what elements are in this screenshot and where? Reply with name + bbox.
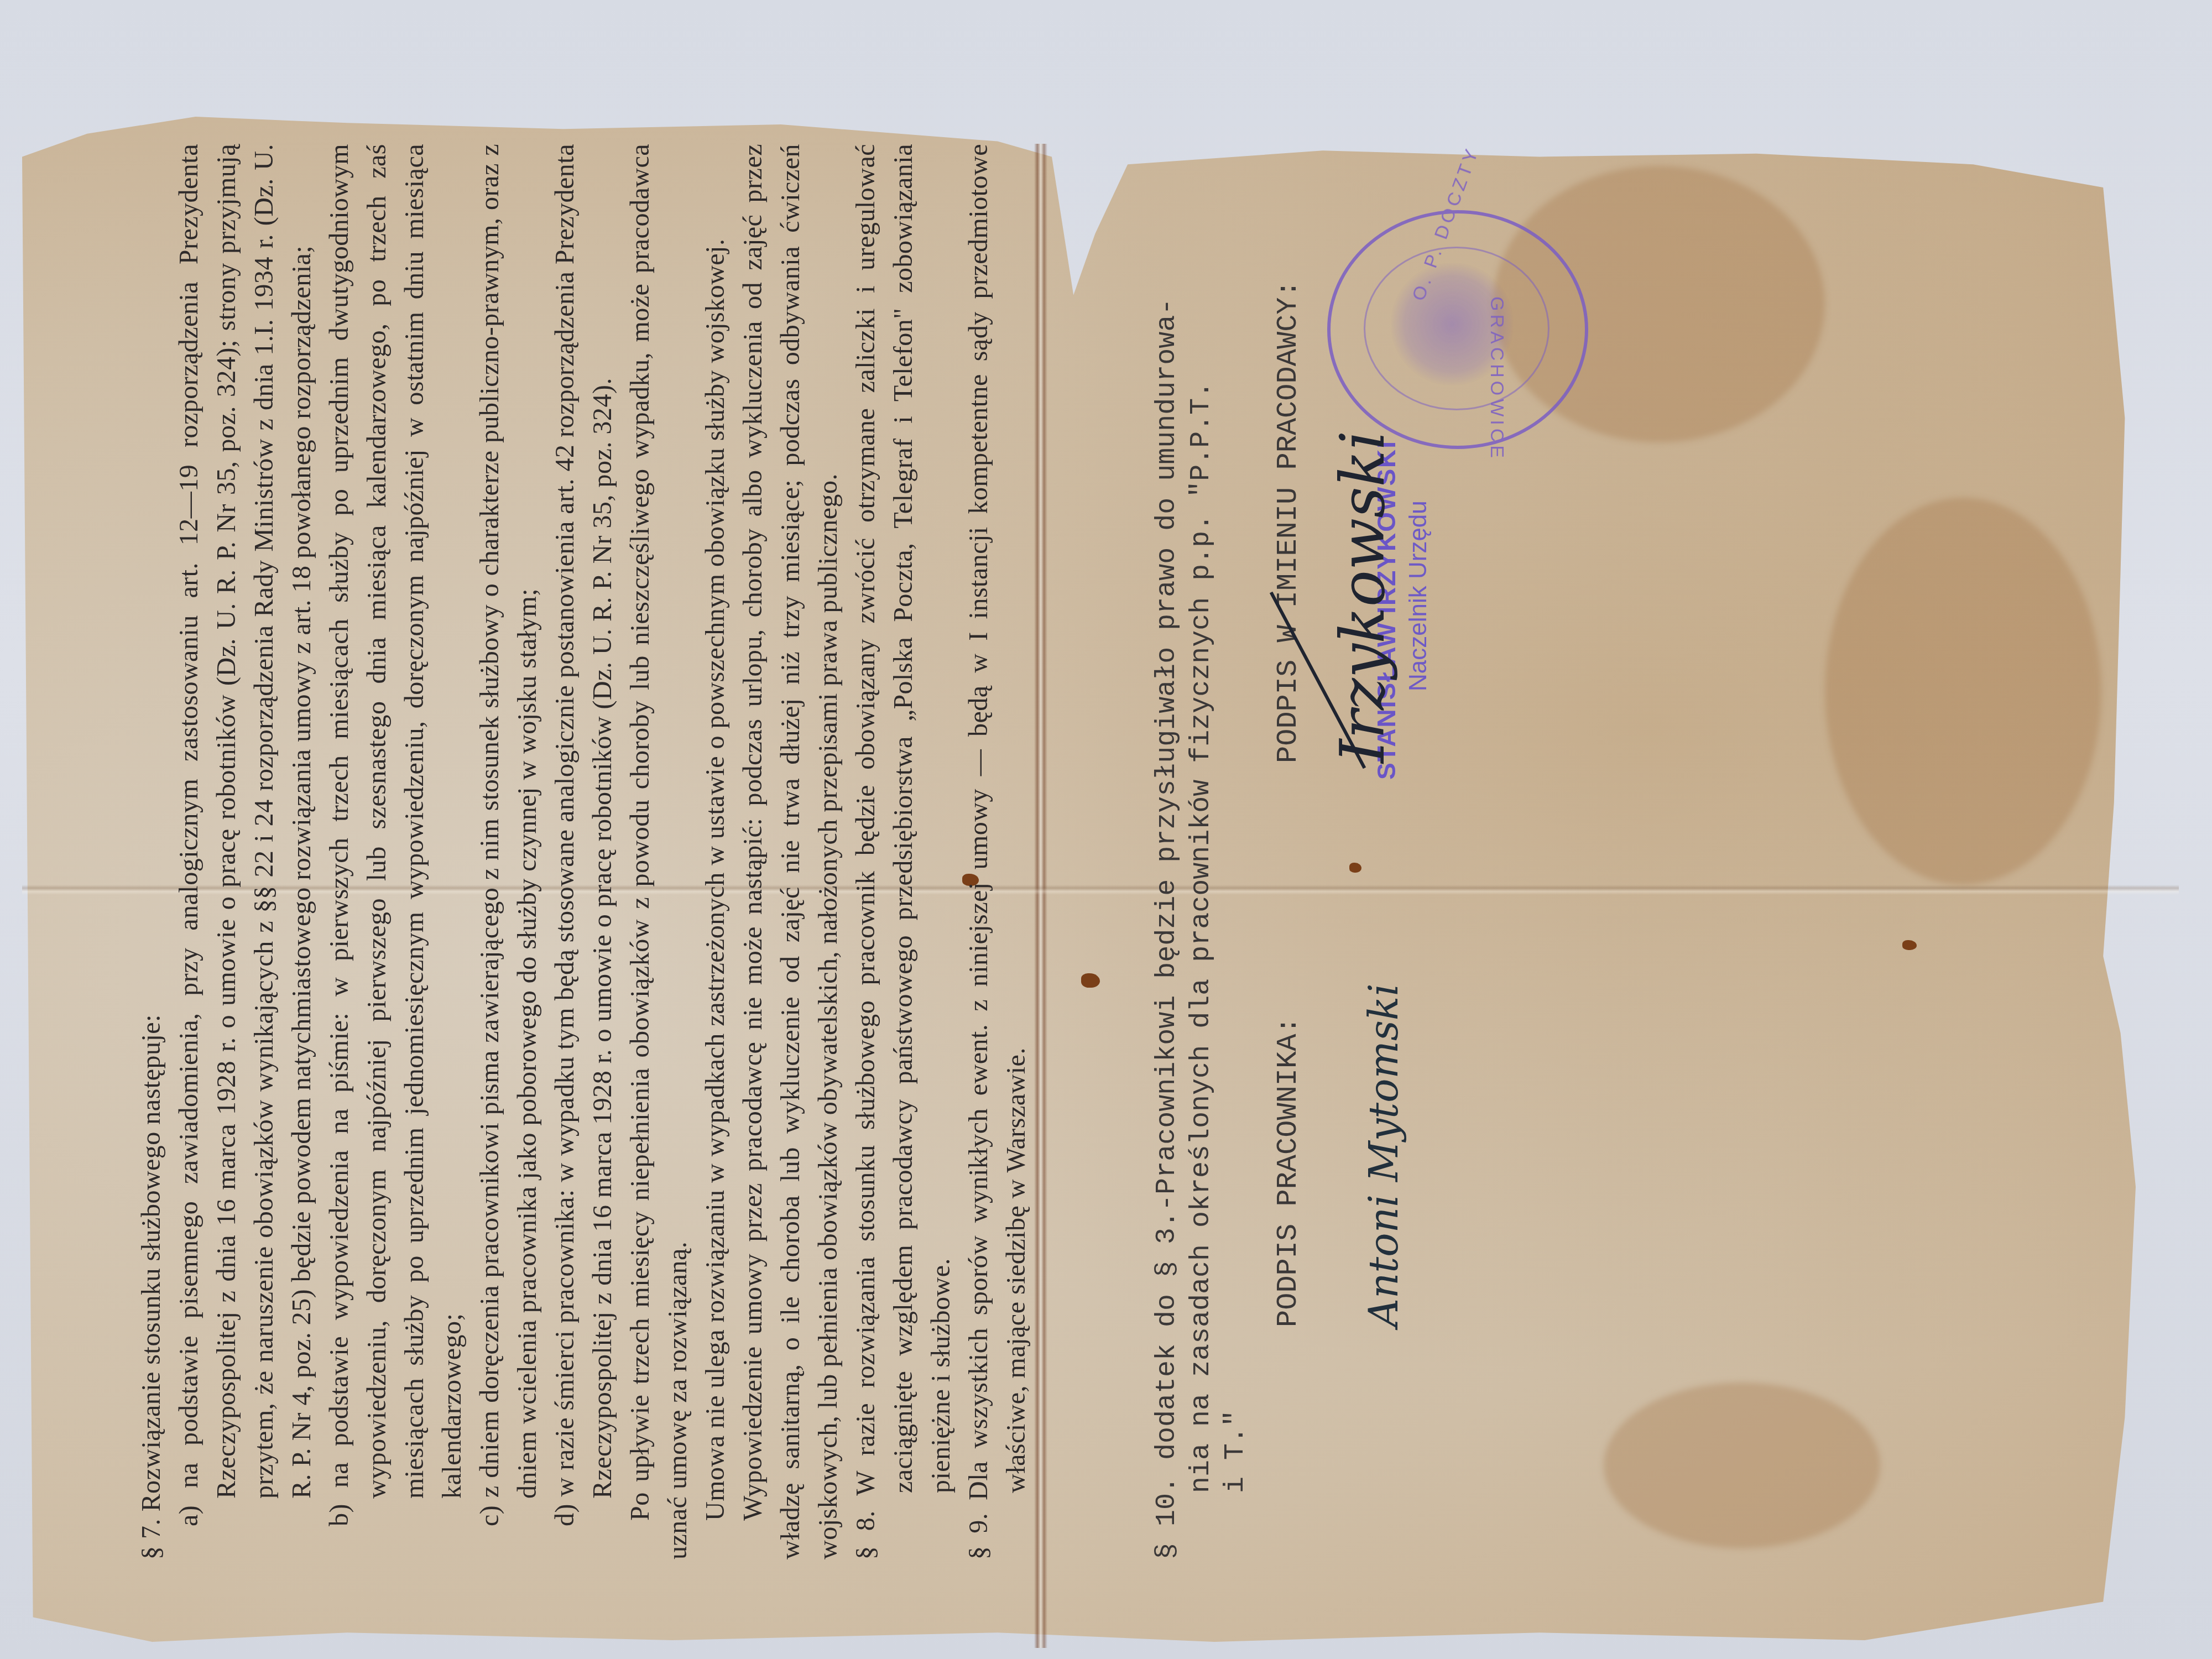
section-text: W razie rozwiązania stosunku służbowego … xyxy=(851,144,956,1496)
item-label: c) xyxy=(475,1505,504,1526)
section-label: § 10. xyxy=(1151,1477,1183,1559)
employer-signature: Irzykowski xyxy=(1327,431,1398,763)
stamp-ring-text: GRACHOWICE xyxy=(1486,296,1507,461)
employee-signature-label: PODPIS PRACOWNIKA: xyxy=(1272,1016,1305,1327)
printed-text-block: § 7. Rozwiązanie stosunku służbowego nas… xyxy=(133,144,1035,1559)
paragraph: Wypowiedzenie umowy przez pracodawcę nie… xyxy=(734,144,847,1559)
section-7-item-d: d) w razie śmierci pracownika: w wypadku… xyxy=(546,144,622,1559)
employee-signature: Antoni Mytomski xyxy=(1360,984,1407,1328)
section-7-heading: § 7. Rozwiązanie stosunku służbowego nas… xyxy=(133,144,170,1559)
signature-labels: PODPIS PRACOWNIKA: PODPIS W IMIENIU PRAC… xyxy=(1272,144,1316,1559)
stamp-title: Naczelnik Urzędu xyxy=(1405,500,1432,691)
typed-line: i T." xyxy=(1219,144,1253,1559)
item-label: b) xyxy=(325,1504,354,1526)
item-text: w razie śmierci pracownika: w wypadku ty… xyxy=(550,144,617,1499)
section-7-item-a: a) na podstawie pisemnego zawiadomienia,… xyxy=(170,144,321,1559)
section-text: Dla wszystkich sporów wynikłych ewent. z… xyxy=(964,144,1031,1500)
section-text: Rozwiązanie stosunku służbowego następuj… xyxy=(137,1014,166,1511)
water-stain xyxy=(1604,1383,1880,1548)
section-label: § 7. xyxy=(137,1519,166,1559)
section-label: § 8. xyxy=(851,1510,880,1559)
paragraph: Po upływie trzech miesięcy niepełnienia … xyxy=(622,144,697,1559)
section-9: § 9. Dla wszystkich sporów wynikłych ewe… xyxy=(960,144,1035,1559)
employer-signature-label: PODPIS W IMIENIU PRACODAWCY: xyxy=(1272,280,1305,763)
section-7-item-b: b) na podstawie wypowiedzenia na piśmie:… xyxy=(321,144,471,1559)
item-text: na podstawie pisemnego zawiadomienia, pr… xyxy=(174,144,316,1499)
section-7-item-c: c) z dniem doręczenia pracownikowi pisma… xyxy=(471,144,546,1559)
typed-line: § 10. dodatek do § 3.-Pracownikowi będzi… xyxy=(1150,144,1185,1559)
official-round-stamp: O. P. DOCZTY GRACHOWICE xyxy=(1327,210,1588,449)
water-stain xyxy=(1825,498,2101,885)
typed-text: dodatek do § 3.-Pracownikowi będzie przy… xyxy=(1151,299,1183,1460)
rust-hole xyxy=(1902,940,1917,950)
paragraph: Umowa nie ulega rozwiązaniu w wypadkach … xyxy=(697,144,734,1559)
typed-section-10: § 10. dodatek do § 3.-Pracownikowi będzi… xyxy=(1150,144,1253,1559)
item-label: a) xyxy=(174,1505,204,1526)
item-text: z dniem doręczenia pracownikowi pisma za… xyxy=(475,144,542,1499)
item-text: na podstawie wypowiedzenia na piśmie: w … xyxy=(325,144,467,1499)
section-8: § 8. W razie rozwiązania stosunku służbo… xyxy=(847,144,960,1559)
section-label: § 9. xyxy=(964,1513,993,1559)
item-label: d) xyxy=(550,1504,580,1526)
typed-line: nia na zasadach określonych dla pracowni… xyxy=(1185,144,1219,1559)
